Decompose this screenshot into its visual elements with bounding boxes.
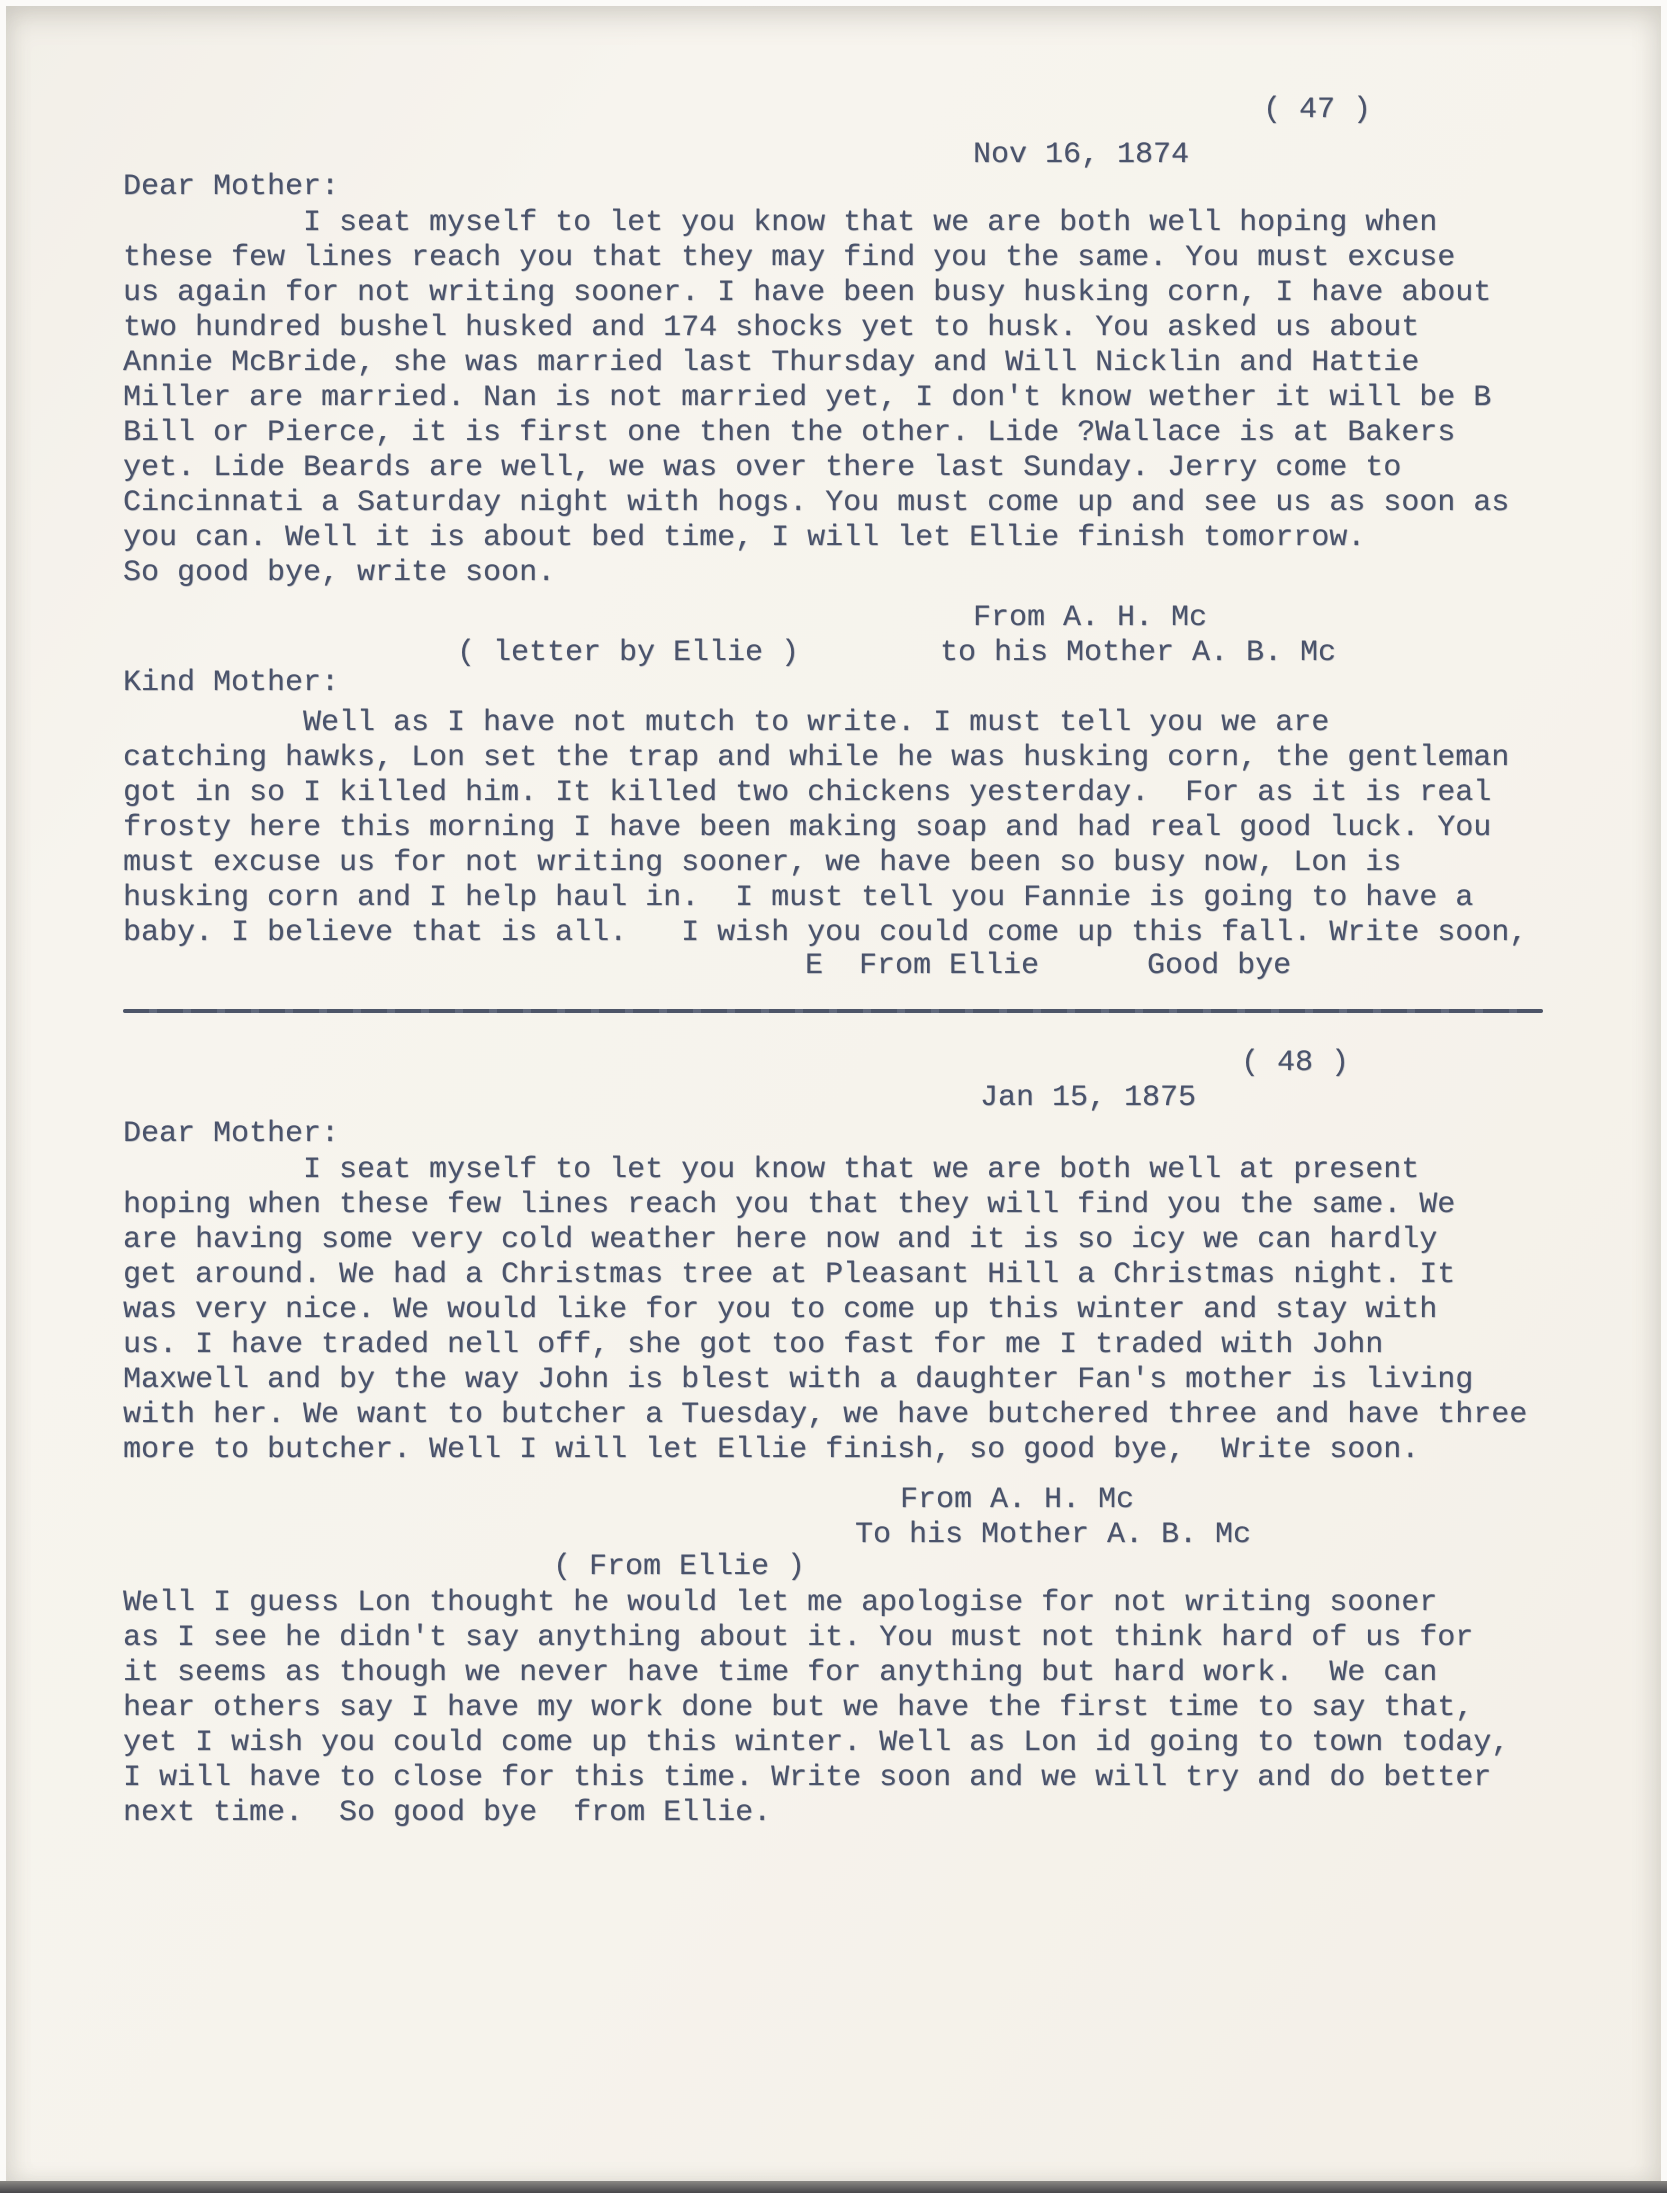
salutation: Dear Mother: xyxy=(123,170,339,205)
text-line: yet. Lide Beards are well, we was over t… xyxy=(123,451,1509,486)
scan-bottom-edge xyxy=(0,2181,1667,2193)
text-line: us. I have traded nell off, she got too … xyxy=(123,1328,1527,1363)
page-number: ( 48 ) xyxy=(1241,1046,1349,1081)
text-line: get around. We had a Christmas tree at P… xyxy=(123,1258,1527,1293)
closing-line: E From Ellie Good bye xyxy=(805,949,1291,984)
second-salutation: Kind Mother: xyxy=(123,666,339,701)
text-line: Maxwell and by the way John is blest wit… xyxy=(123,1363,1527,1398)
letter-body: I seat myself to let you know that we ar… xyxy=(123,206,1509,591)
text-line: Miller are married. Nan is not married y… xyxy=(123,381,1509,416)
signature-to: to his Mother A. B. Mc xyxy=(940,636,1336,671)
text-line: Bill or Pierce, it is first one then the… xyxy=(123,416,1509,451)
text-line: you can. Well it is about bed time, I wi… xyxy=(123,521,1509,556)
text-line: I will have to close for this time. Writ… xyxy=(123,1761,1509,1796)
text-line: husking corn and I help haul in. I must … xyxy=(123,881,1527,916)
text-line: these few lines reach you that they may … xyxy=(123,241,1509,276)
text-line: hear others say I have my work done but … xyxy=(123,1691,1509,1726)
text-line: yet I wish you could come up this winter… xyxy=(123,1726,1509,1761)
salutation: Dear Mother: xyxy=(123,1117,339,1152)
text-line: as I see he didn't say anything about it… xyxy=(123,1621,1509,1656)
text-line: us again for not writing sooner. I have … xyxy=(123,276,1509,311)
text-line: next time. So good bye from Ellie. xyxy=(123,1796,1509,1831)
signature-note: ( letter by Ellie ) xyxy=(457,636,799,671)
letter-date: Nov 16, 1874 xyxy=(973,138,1189,173)
text-line: got in so I killed him. It killed two ch… xyxy=(123,776,1527,811)
text-line: are having some very cold weather here n… xyxy=(123,1223,1527,1258)
text-line: I seat myself to let you know that we ar… xyxy=(123,1153,1527,1188)
letter-scan-page: ( 47 ) Nov 16, 1874 Dear Mother: I seat … xyxy=(0,0,1667,2193)
second-letter-body: Well as I have not mutch to write. I mus… xyxy=(123,706,1527,951)
text-line: two hundred bushel husked and 174 shocks… xyxy=(123,311,1509,346)
text-line: with her. We want to butcher a Tuesday, … xyxy=(123,1398,1527,1433)
text-line: must excuse us for not writing sooner, w… xyxy=(123,846,1527,881)
ellie-header: ( From Ellie ) xyxy=(553,1550,805,1585)
text-line: I seat myself to let you know that we ar… xyxy=(123,206,1509,241)
text-line: Annie McBride, she was married last Thur… xyxy=(123,346,1509,381)
text-line: Well as I have not mutch to write. I mus… xyxy=(123,706,1527,741)
signature-from: From A. H. Mc xyxy=(973,601,1207,636)
text-line: So good bye, write soon. xyxy=(123,556,1509,591)
letter-date: Jan 15, 1875 xyxy=(980,1081,1196,1116)
text-line: baby. I believe that is all. I wish you … xyxy=(123,916,1527,951)
text-line: catching hawks, Lon set the trap and whi… xyxy=(123,741,1527,776)
text-line: frosty here this morning I have been mak… xyxy=(123,811,1527,846)
text-line: more to butcher. Well I will let Ellie f… xyxy=(123,1433,1527,1468)
text-line: hoping when these few lines reach you th… xyxy=(123,1188,1527,1223)
letter-body: I seat myself to let you know that we ar… xyxy=(123,1153,1527,1468)
text-line: it seems as though we never have time fo… xyxy=(123,1656,1509,1691)
text-line: Well I guess Lon thought he would let me… xyxy=(123,1586,1509,1621)
signature-from: From A. H. Mc xyxy=(900,1483,1134,1518)
text-line: was very nice. We would like for you to … xyxy=(123,1293,1527,1328)
signature-to: To his Mother A. B. Mc xyxy=(855,1518,1251,1553)
page-number: ( 47 ) xyxy=(1263,93,1371,128)
section-divider xyxy=(123,1009,1543,1013)
text-line: Cincinnati a Saturday night with hogs. Y… xyxy=(123,486,1509,521)
ellie-body: Well I guess Lon thought he would let me… xyxy=(123,1586,1509,1831)
